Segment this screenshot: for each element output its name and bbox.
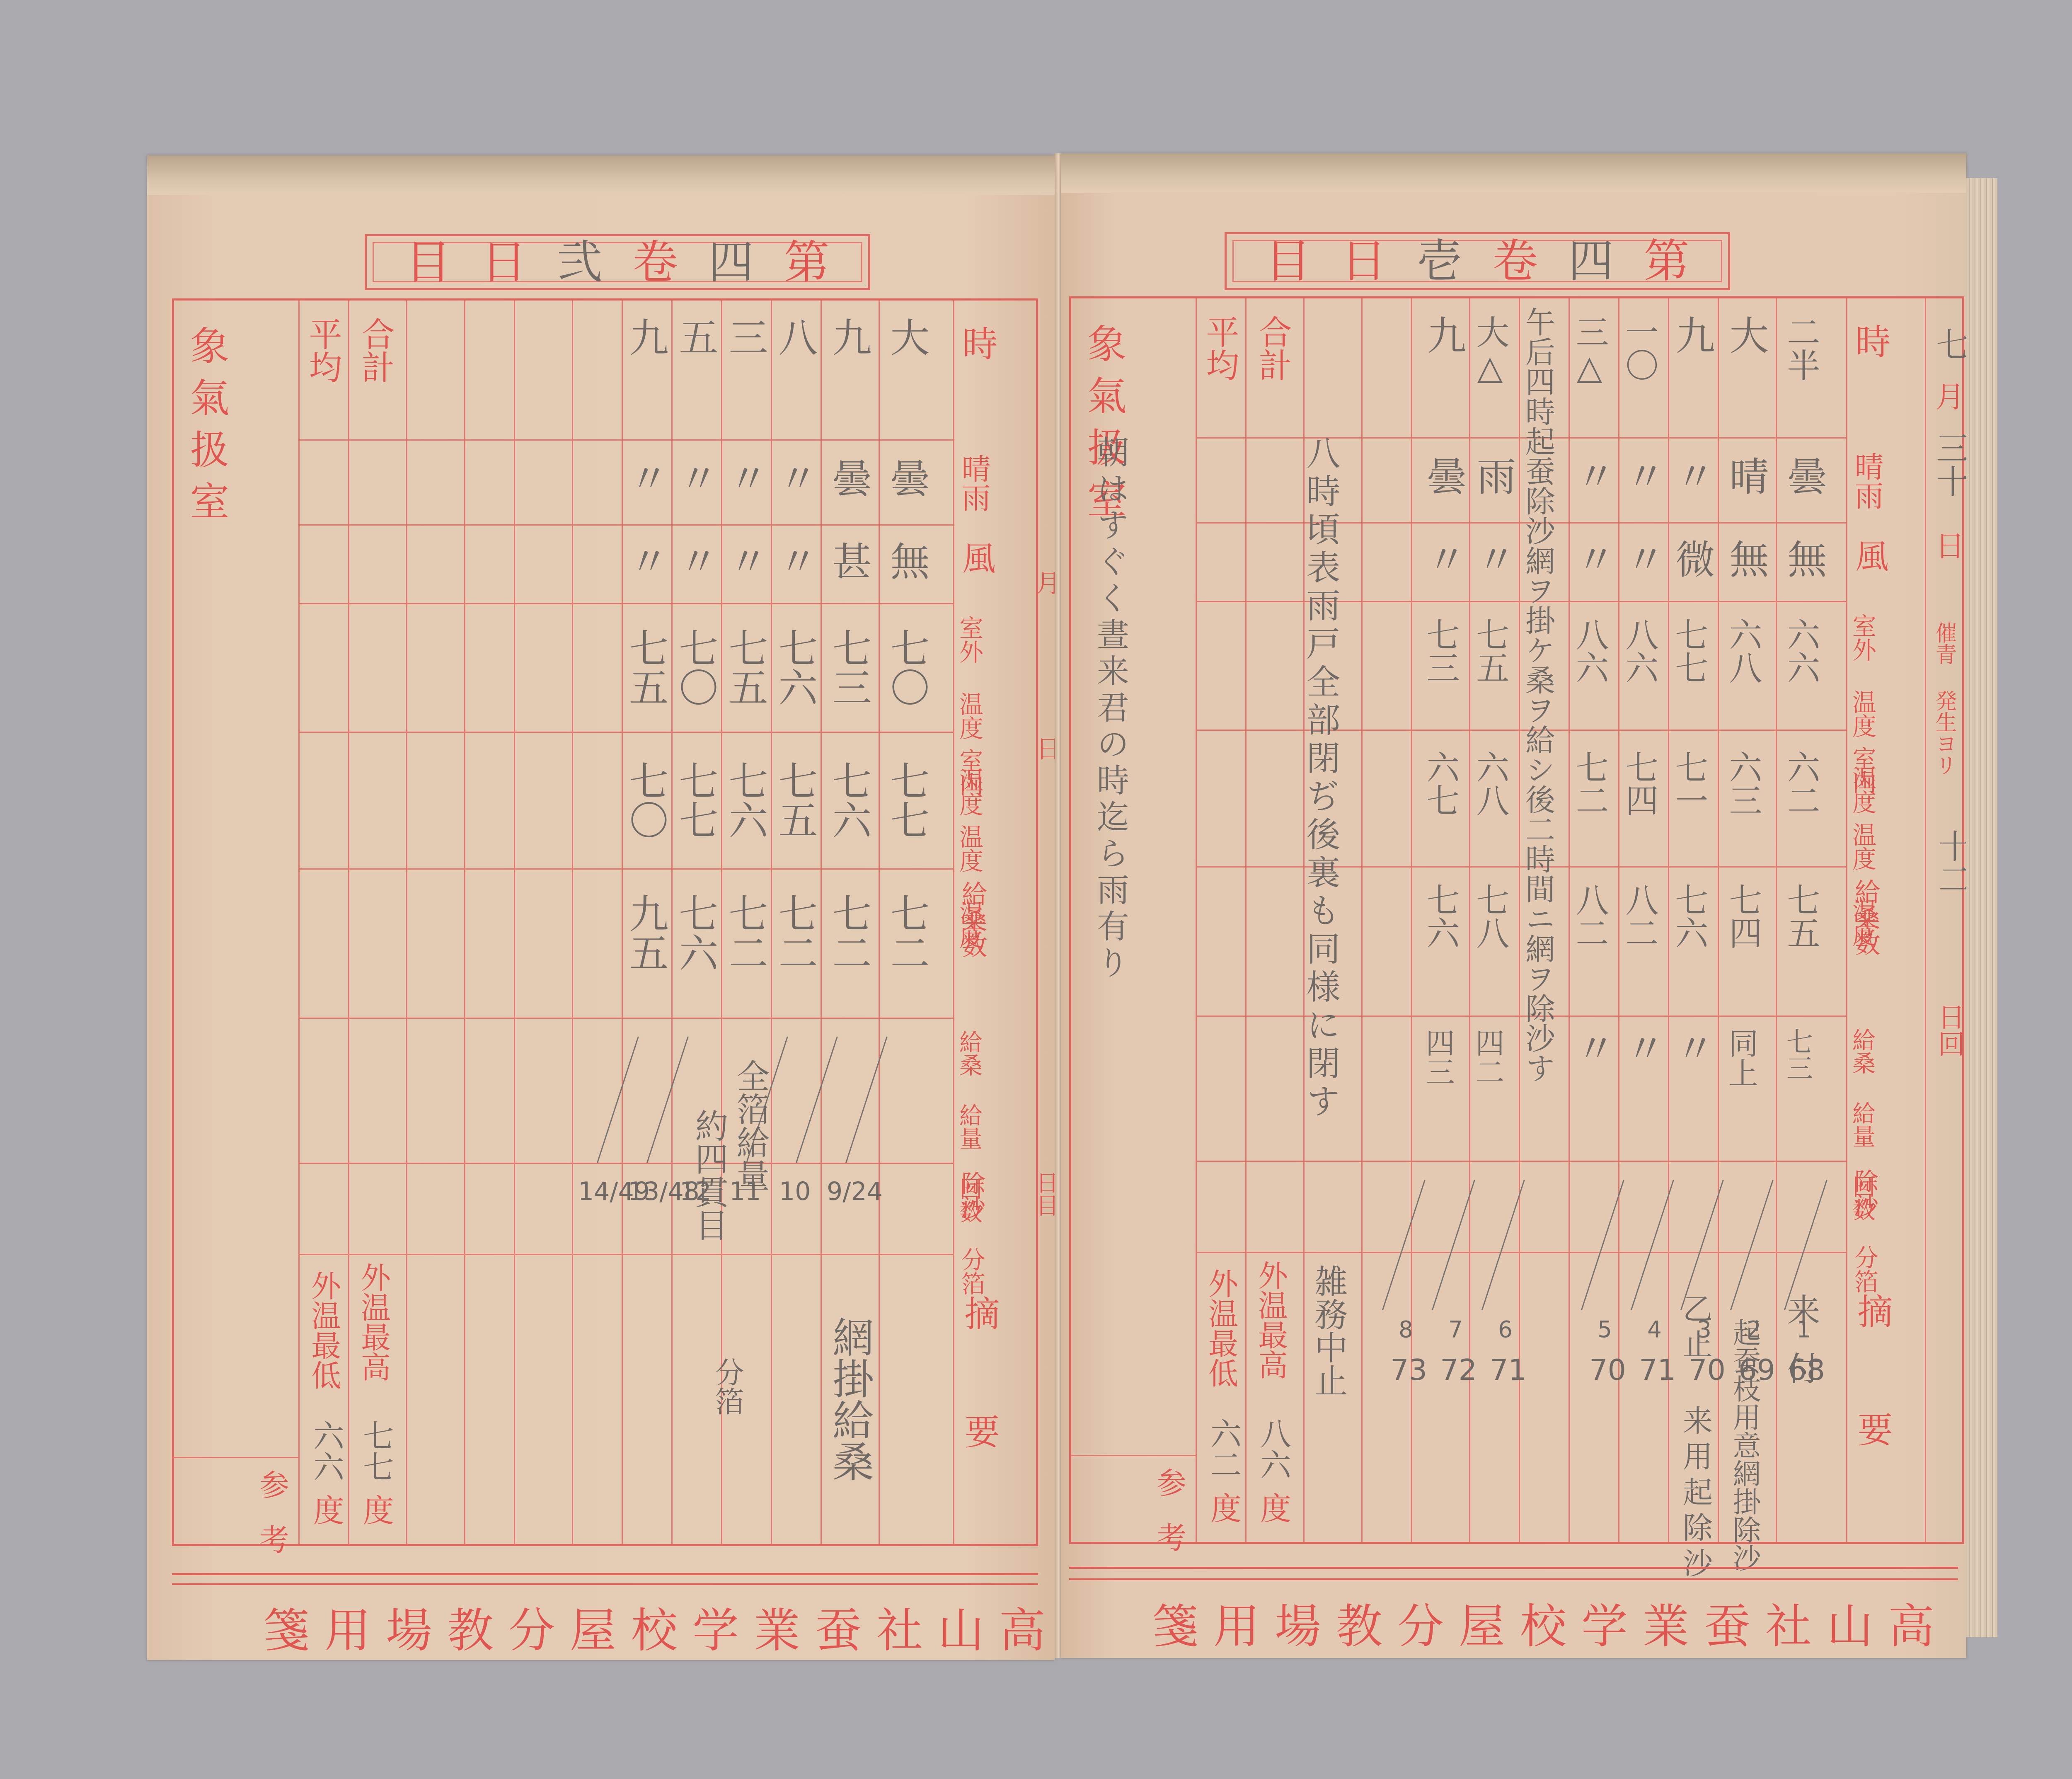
- title-char: 日: [1341, 238, 1387, 284]
- indoor-humidity-entry: 七二: [775, 893, 814, 972]
- page-stack-edge: [1966, 178, 1997, 1637]
- outdoor-temp-entry: 六六: [1784, 618, 1817, 684]
- outdoor-min-label: 外温最低: [1206, 1268, 1236, 1388]
- outdoor-temp-entry: 七七: [1672, 618, 1705, 684]
- wind-entry: 〃: [626, 541, 665, 580]
- wind-entry: 〃: [1423, 539, 1463, 578]
- header-weather: 晴雨: [1852, 452, 1881, 510]
- title-char: 卷: [1492, 238, 1538, 284]
- indoor-temp-entry: 七六: [725, 761, 765, 839]
- weather-entry: 〃: [1622, 456, 1662, 495]
- degree-unit: 度: [361, 1494, 392, 1525]
- header-time: 時: [1852, 323, 1888, 359]
- title-char: 第: [784, 240, 830, 285]
- header-remarks: 摘要: [961, 1295, 997, 1532]
- wind-entry: 微: [1672, 539, 1711, 578]
- weather-entry: 曇: [829, 458, 868, 497]
- outdoor-temp-entry: 七〇: [675, 628, 715, 707]
- remark-note: 起蚕枝用意網掛除沙: [1730, 1318, 1758, 1572]
- title-day-handwritten: 弐: [557, 240, 603, 285]
- time-entry: 五: [675, 317, 715, 356]
- weather-entry: 曇: [887, 458, 926, 497]
- outdoor-temp-entry: 七五: [1473, 618, 1506, 684]
- wind-entry: 〃: [1622, 539, 1662, 578]
- feeding-count: 14/49: [578, 1179, 650, 1204]
- wind-entry: 無: [887, 541, 926, 580]
- header-feeding-count: 給桑数: [1852, 879, 1878, 956]
- indoor-temp-entry: 七七: [675, 761, 715, 839]
- side-note-number: 十二: [1935, 829, 1968, 895]
- title-char: 卷: [632, 240, 678, 285]
- time-entry: 大△: [1473, 315, 1506, 387]
- title-char: 目: [1265, 238, 1311, 284]
- diary-note: 八時頃表雨戸全部閉ぢ後裏も同様に閉す: [1303, 435, 1337, 1122]
- indoor-temp-entry: 八二: [1573, 883, 1606, 949]
- outdoor-temp-entry: 七三: [829, 628, 868, 707]
- header-time: 時: [959, 325, 995, 361]
- remark-note: 分箔: [713, 1357, 742, 1415]
- left-page: 第 四 卷 弐 日 目: [147, 155, 1055, 1660]
- indoor-humidity-entry: 七六: [675, 893, 715, 972]
- header-wind: 風: [959, 541, 992, 574]
- time-entry: 大: [1726, 315, 1765, 354]
- reference-label: 参考: [1154, 1467, 1184, 1577]
- date-month: 七: [1933, 327, 1966, 361]
- feeding-number-top: 7: [1448, 1318, 1463, 1341]
- pencil-slash: [646, 1037, 689, 1163]
- wind-entry: 〃: [1573, 539, 1612, 578]
- indoor-temp-entry: 七六: [829, 761, 868, 839]
- rearing-count-entry: 〃: [1573, 1028, 1612, 1067]
- pencil-slash: [1784, 1180, 1828, 1310]
- outdoor-max-label: 外温最高: [1256, 1260, 1285, 1379]
- outdoor-temp-entry: 七五: [626, 628, 665, 707]
- date-month-label: 月: [1933, 381, 1962, 410]
- weather-entry: 曇: [1423, 456, 1463, 495]
- title-char: 日: [481, 240, 527, 285]
- rearing-count-entry: 四二: [1473, 1028, 1502, 1086]
- indoor-temp-entry: 七五: [1784, 883, 1817, 949]
- header-cleaning: 除沙 分箔: [1852, 1169, 1876, 1293]
- outdoor-min-label: 外温最低: [309, 1270, 339, 1390]
- header-cleaning: 除沙 分箔: [959, 1171, 983, 1295]
- feeding-number-top: 4: [1647, 1318, 1662, 1341]
- average-label: 平均: [1203, 315, 1236, 381]
- feeding-number-top: 8: [1399, 1318, 1413, 1341]
- remark-note: 乙止 来用起除沙: [1680, 1293, 1710, 1583]
- weather-entry: 〃: [626, 458, 665, 497]
- right-page: 第 四 卷 壱 日 目: [1061, 153, 1966, 1658]
- outdoor-max-value: 八六: [1258, 1418, 1289, 1480]
- total-label: 合計: [1256, 315, 1289, 381]
- outdoor-humidity-entry: 七一: [1672, 750, 1705, 817]
- indoor-temp-entry: 八二: [1622, 883, 1656, 949]
- title-day-handwritten: 壱: [1417, 238, 1462, 284]
- header-weather: 晴雨: [959, 454, 988, 512]
- outdoor-humidity-entry: 六七: [1423, 750, 1457, 817]
- worn-top-edge: [147, 155, 1055, 195]
- indoor-humidity-entry: 七二: [887, 893, 926, 972]
- date-day-label: 日: [1933, 531, 1962, 560]
- weather-entry: 晴: [1726, 456, 1765, 495]
- degree-unit: 度: [1258, 1492, 1289, 1523]
- degree-unit: 度: [311, 1494, 342, 1525]
- time-entry: 大: [887, 317, 926, 356]
- outdoor-humidity-entry: 六八: [1473, 750, 1506, 817]
- pencil-slash: [1382, 1180, 1426, 1310]
- header-wind: 風: [1852, 539, 1886, 572]
- feeding-count: 9/24: [827, 1179, 883, 1204]
- rearing-count-entry: 七三: [1784, 1028, 1811, 1081]
- feeding-number-bottom: 71: [1490, 1355, 1527, 1384]
- indoor-temp-entry: 七六: [1423, 883, 1457, 949]
- outdoor-humidity-entry: 六二: [1784, 750, 1817, 817]
- time-entry: 二半: [1784, 315, 1817, 381]
- outdoor-humidity-entry: 七二: [1573, 750, 1606, 817]
- indoor-humidity-entry: 七二: [725, 893, 765, 972]
- wind-entry: 〃: [725, 541, 765, 580]
- remark-note: 約四貫目: [692, 1109, 725, 1241]
- right-log-grid: 象氣扱室 平均 合計 時 晴雨 風 室外 温度 湿度 室内 温度 湿度 給桑数 …: [1069, 296, 1964, 1544]
- pencil-slash: [796, 1037, 838, 1163]
- weather-entry: 〃: [675, 458, 715, 497]
- header-remarks: 摘要: [1854, 1293, 1890, 1529]
- time-entry: 一〇: [1622, 315, 1656, 381]
- handwritten-extra-note: 雑務中止: [1312, 1264, 1345, 1397]
- indoor-temp-entry: 七六: [1672, 883, 1705, 949]
- degree-unit: 度: [1208, 1492, 1239, 1523]
- average-label: 平均: [306, 317, 339, 383]
- margin-daycount-label: 日目: [1034, 1171, 1057, 1217]
- wind-entry: 無: [1726, 539, 1765, 578]
- indoor-temp-entry: 七八: [1473, 883, 1506, 949]
- wind-entry: 〃: [1473, 539, 1513, 578]
- outdoor-temp-entry: 六八: [1726, 618, 1759, 684]
- wind-entry: 無: [1784, 539, 1823, 578]
- weather-entry: 〃: [775, 458, 814, 497]
- weather-entry: 〃: [1672, 456, 1711, 495]
- feeding-number-top: 6: [1498, 1318, 1513, 1341]
- indoor-temp-entry: 七四: [1726, 883, 1759, 949]
- inline-note: 午后四時起蚕除沙網ヲ掛ケ桑ヲ給シ後二時間ニ網ヲ除沙す: [1523, 307, 1553, 1083]
- left-title-box: 第 四 卷 弐 日 目: [365, 234, 870, 290]
- pencil-slash: [597, 1037, 639, 1163]
- outdoor-humidity-entry: 七四: [1622, 750, 1656, 817]
- rearing-count-entry: 〃: [1672, 1028, 1711, 1067]
- outdoor-temp-entry: 七〇: [887, 628, 926, 707]
- rearing-count-entry: 同上: [1726, 1028, 1756, 1088]
- outdoor-max-label: 外温最高: [358, 1262, 388, 1382]
- weather-entry: 雨: [1473, 456, 1513, 495]
- left-log-grid: 象氣扱室 平均 合計 時 晴雨 風 室外 温度 湿度 室内 温度 湿度 給桑数 …: [172, 298, 1038, 1546]
- indoor-humidity-entry: 九五: [626, 893, 665, 972]
- remark-note: 全箔給量: [733, 1059, 767, 1192]
- worn-top-edge: [1061, 153, 1966, 193]
- right-title-box: 第 四 卷 壱 日 目: [1225, 232, 1730, 290]
- reference-label: 参考: [257, 1469, 287, 1579]
- title-volume-handwritten: 四: [708, 240, 754, 285]
- time-entry: 八: [775, 317, 814, 356]
- open-logbook: 第 四 卷 弐 日 目: [147, 137, 1995, 1662]
- outdoor-temp-entry: 八六: [1622, 618, 1656, 684]
- section-label-weather: 象氣扱室: [186, 325, 226, 533]
- title-volume-handwritten: 四: [1568, 238, 1614, 284]
- rearing-count-entry: 四三: [1423, 1028, 1452, 1086]
- left-page-footer: 高山社蚕業学校屋分教場用箋: [263, 1594, 1060, 1660]
- weather-entry: 〃: [1573, 456, 1612, 495]
- time-entry: 九: [1672, 315, 1711, 354]
- side-label-top: 催青 発生ヨリ: [1933, 622, 1955, 776]
- pencil-slash: [1730, 1180, 1774, 1310]
- feeding-number-bottom: 72: [1440, 1355, 1477, 1384]
- date-day: 三十: [1933, 431, 1966, 497]
- wind-entry: 〃: [775, 541, 814, 580]
- outdoor-temp-entry: 七五: [725, 628, 765, 707]
- wind-entry: 〃: [675, 541, 715, 580]
- wind-entry: 甚: [829, 541, 868, 580]
- weather-entry: 曇: [1784, 456, 1823, 495]
- feeding-count: 10: [779, 1179, 811, 1204]
- time-entry: 三△: [1573, 315, 1606, 387]
- weather-entry: 〃: [725, 458, 765, 497]
- indoor-temp-entry: 七五: [775, 761, 814, 839]
- outdoor-temp-entry: 八六: [1573, 618, 1606, 684]
- title-char: 第: [1644, 238, 1690, 284]
- outdoor-min-value: 六六: [311, 1420, 342, 1482]
- indoor-temp-entry: 七〇: [626, 761, 665, 839]
- outdoor-max-value: 七七: [361, 1420, 392, 1482]
- indoor-humidity-entry: 七二: [829, 893, 868, 972]
- feeding-number-bottom: 73: [1390, 1355, 1427, 1384]
- remark-note: 来付: [1784, 1293, 1817, 1409]
- time-entry: 三: [725, 317, 765, 356]
- feeding-number-bottom: 70: [1589, 1355, 1626, 1384]
- right-page-footer: 高山社蚕業学校屋分教場用箋: [1152, 1590, 1949, 1656]
- total-label: 合計: [358, 317, 392, 383]
- rearing-count-entry: 〃: [1622, 1028, 1662, 1067]
- title-char: 目: [405, 240, 451, 285]
- time-entry: 九: [626, 317, 665, 356]
- feeding-number-top: 5: [1598, 1318, 1612, 1341]
- time-entry: 九: [1423, 315, 1463, 354]
- time-entry: 九: [829, 317, 868, 356]
- header-feeding-count: 給桑数: [959, 881, 985, 958]
- outdoor-min-value: 六二: [1208, 1418, 1239, 1480]
- outdoor-temp-entry: 七六: [775, 628, 814, 707]
- side-label-bottom: 日回: [1935, 1003, 1962, 1057]
- feeding-number-bottom: 71: [1639, 1355, 1676, 1384]
- outdoor-temp-entry: 七三: [1423, 618, 1457, 684]
- pencil-slash: [845, 1037, 888, 1163]
- remark-note: 網掛給桑: [829, 1316, 870, 1482]
- outdoor-humidity-entry: 六三: [1726, 750, 1759, 817]
- diary-note: 朝はすぐく晝来君の時迄ら雨有り: [1094, 435, 1126, 982]
- indoor-temp-entry: 七七: [887, 761, 926, 839]
